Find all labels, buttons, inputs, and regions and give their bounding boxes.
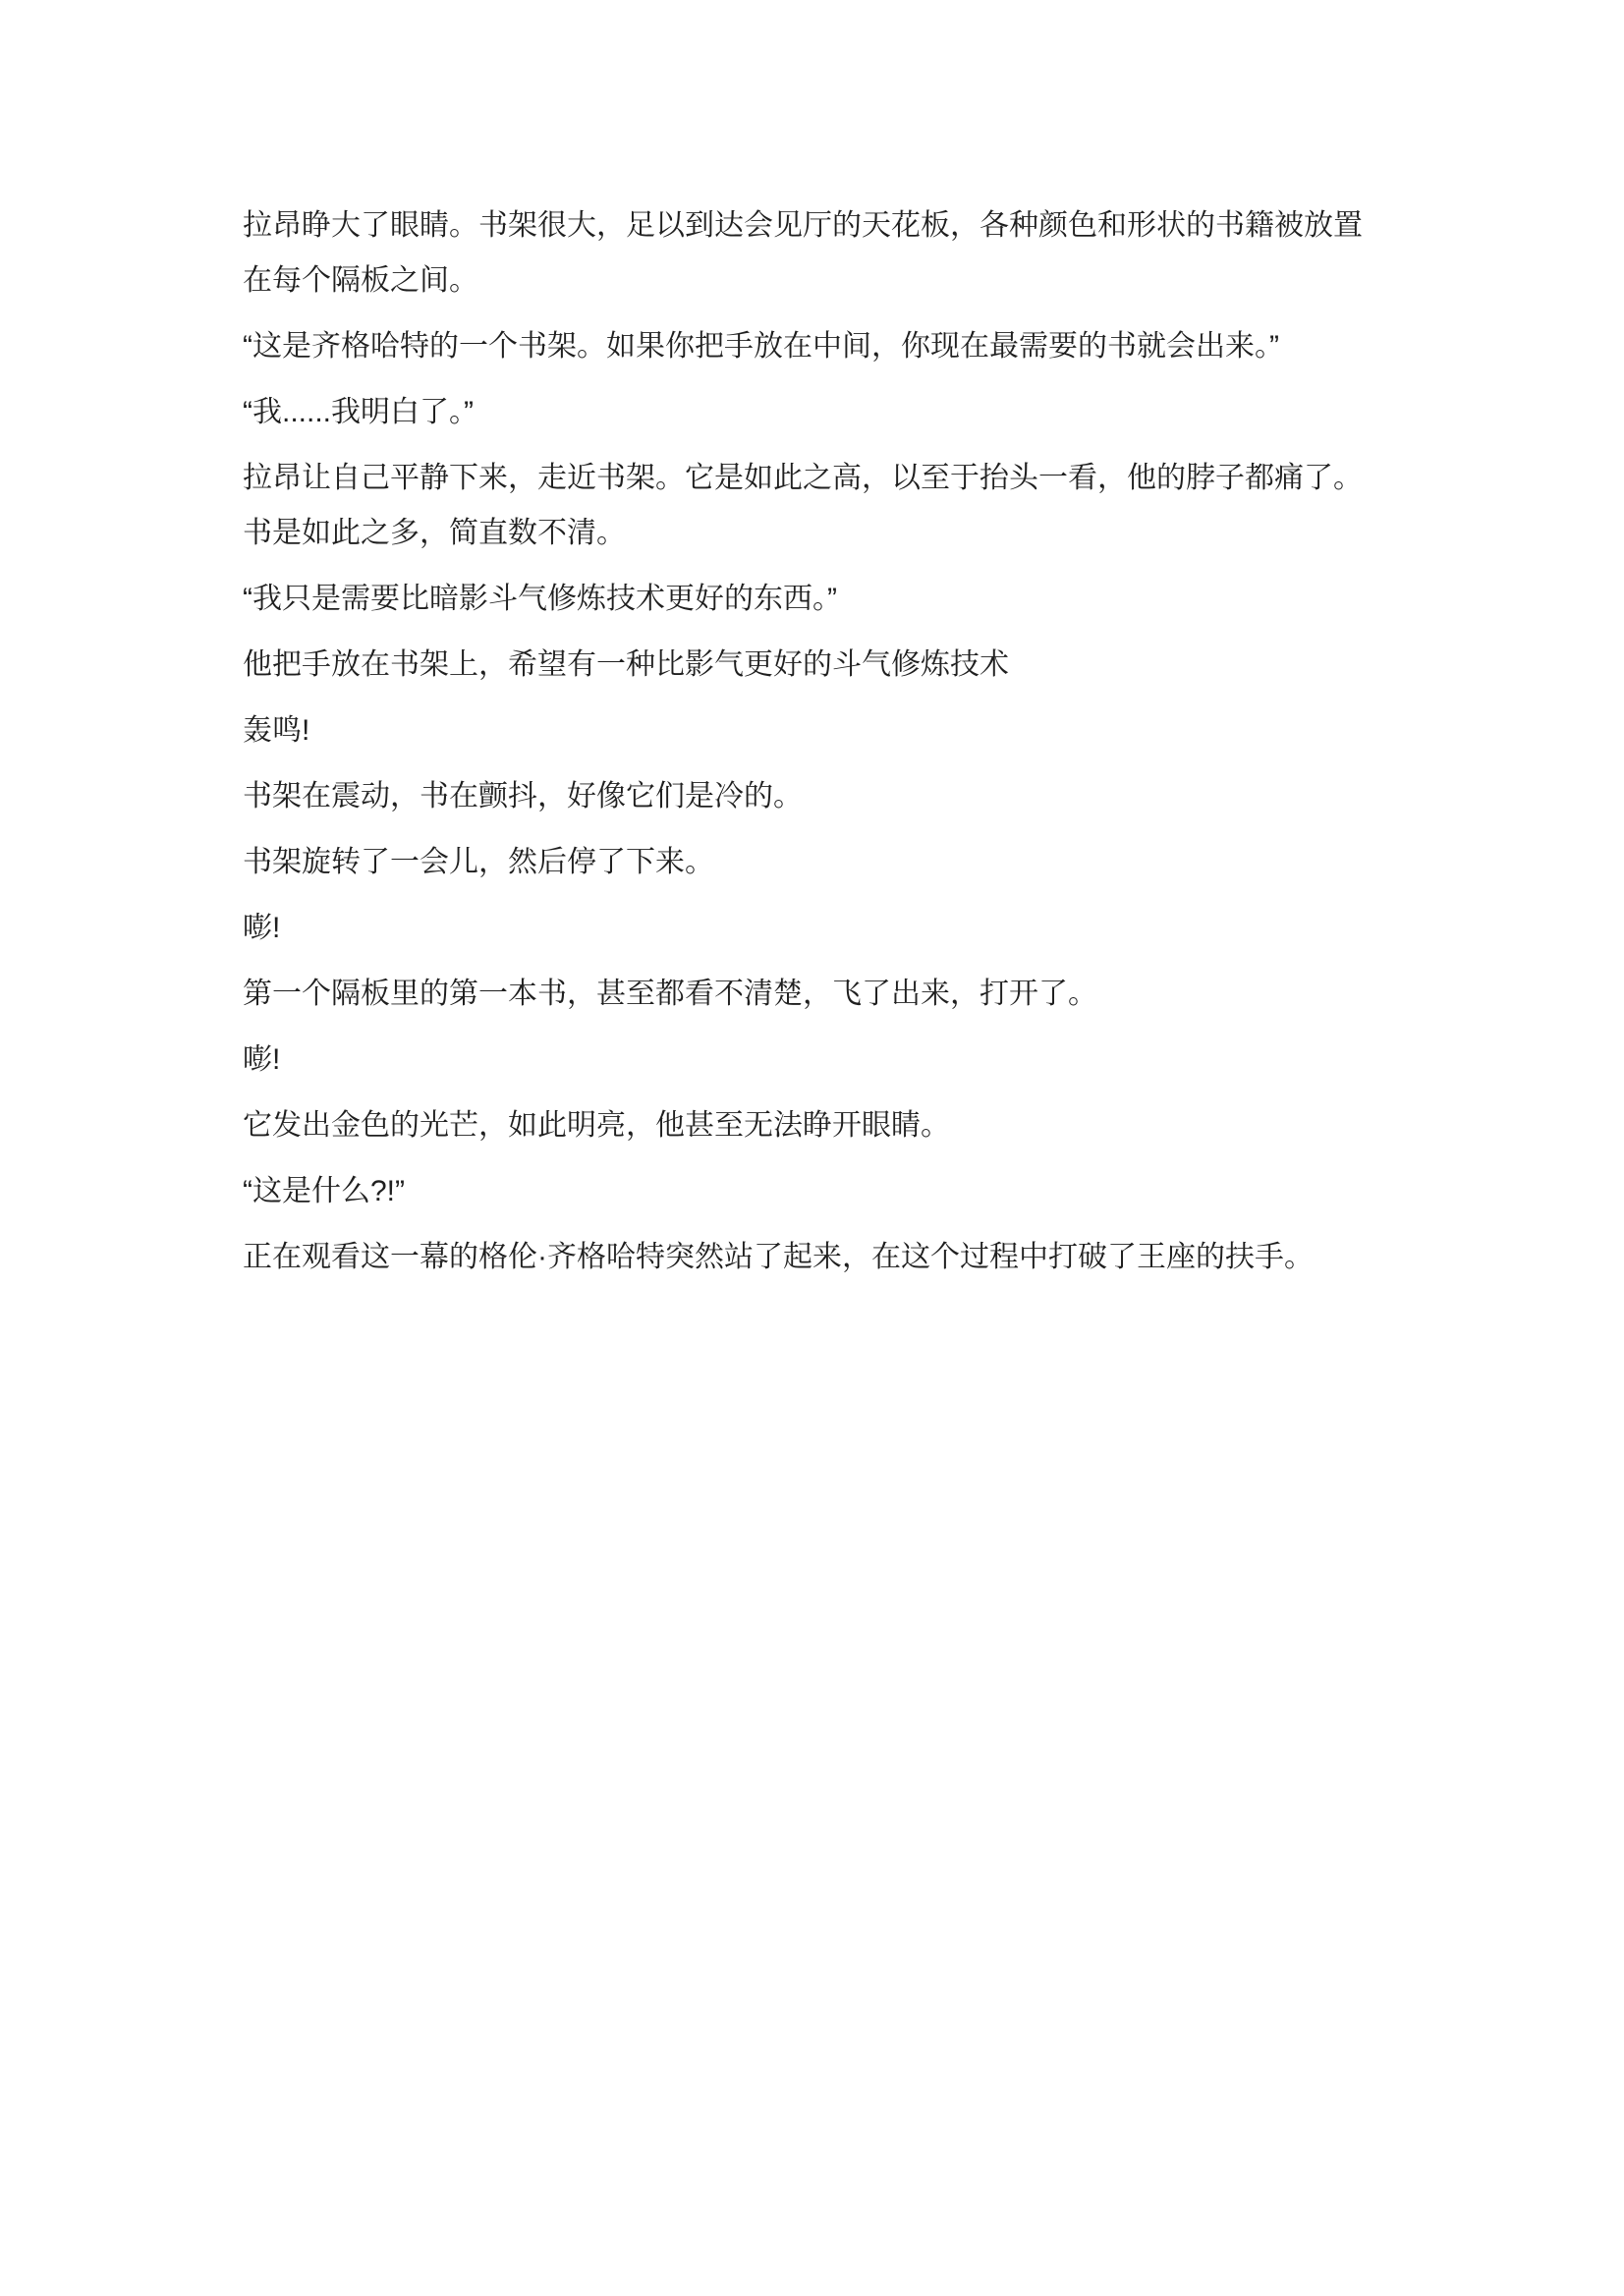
paragraph: 轰鸣! <box>243 703 1380 758</box>
paragraph: “这是齐格哈特的一个书架。如果你把手放在中间，你现在最需要的书就会出来。” <box>243 319 1380 374</box>
paragraph: 嘭! <box>243 1033 1380 1088</box>
paragraph: 正在观看这一幕的格伦·齐格哈特突然站了起来，在这个过程中打破了王座的扶手。 <box>243 1230 1380 1285</box>
paragraph: 书架旋转了一会儿，然后停了下来。 <box>243 835 1380 890</box>
paragraph: “我只是需要比暗影斗气修炼技术更好的东西。” <box>243 572 1380 627</box>
paragraph: 拉昂睁大了眼睛。书架很大，足以到达会见厅的天花板，各种颜色和形状的书籍被放置在每… <box>243 198 1380 308</box>
document-page: 拉昂睁大了眼睛。书架很大，足以到达会见厅的天花板，各种颜色和形状的书籍被放置在每… <box>0 0 1624 2296</box>
paragraph: “这是什么?!” <box>243 1164 1380 1219</box>
paragraph: “我......我明白了。” <box>243 385 1380 440</box>
paragraph: 嘭! <box>243 901 1380 956</box>
paragraph: 他把手放在书架上，希望有一种比影气更好的斗气修炼技术 <box>243 638 1380 693</box>
paragraph: 书架在震动，书在颤抖，好像它们是冷的。 <box>243 769 1380 824</box>
paragraph: 第一个隔板里的第一本书，甚至都看不清楚，飞了出来，打开了。 <box>243 967 1380 1022</box>
paragraph: 拉昂让自己平静下来，走近书架。它是如此之高，以至于抬头一看，他的脖子都痛了。书是… <box>243 451 1380 561</box>
novel-text-content: 拉昂睁大了眼睛。书架很大，足以到达会见厅的天花板，各种颜色和形状的书籍被放置在每… <box>243 198 1380 1296</box>
paragraph: 它发出金色的光芒，如此明亮，他甚至无法睁开眼睛。 <box>243 1098 1380 1153</box>
